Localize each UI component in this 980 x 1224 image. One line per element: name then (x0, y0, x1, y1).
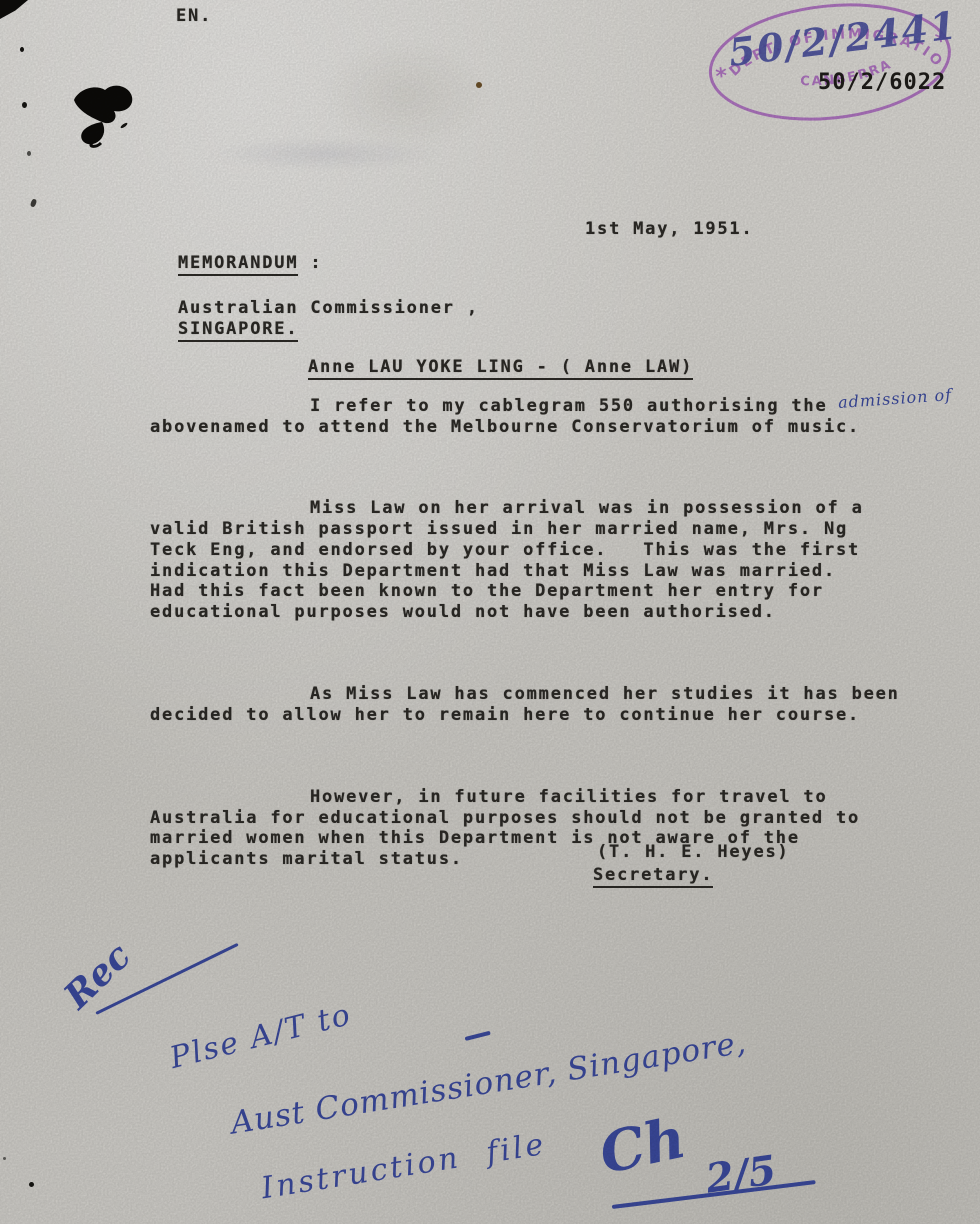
memo-heading-word: MEMORANDUM (178, 253, 298, 276)
date-line: 1st May, 1951. (585, 219, 754, 240)
handwritten-initials: Ch (595, 1110, 690, 1183)
ink-speck (20, 47, 24, 52)
handwritten-dash-stroke (465, 1031, 491, 1041)
memo-heading-colon: : (298, 253, 322, 273)
handwritten-route-line1: Plse A/T to (167, 1000, 355, 1074)
ink-speck (27, 151, 31, 156)
recipient-line: Australian Commissioner , (178, 298, 479, 319)
subject-line: Anne LAU YOKE LING - ( Anne LAW) (308, 357, 693, 378)
brown-speck (476, 82, 482, 88)
ink-speck (29, 1182, 34, 1187)
handwritten-route-line3: Instruction file (259, 1130, 548, 1205)
pencil-smudge (205, 138, 445, 170)
stamp-left-star-icon: * (714, 64, 730, 90)
typist-reference: EN. (176, 6, 212, 27)
paragraph-2: Miss Law on her arrival was in possessio… (150, 498, 940, 622)
paper-smudge (320, 40, 490, 150)
para1-typed-line2: abovenamed to attend the Melbourne Conse… (150, 417, 860, 438)
recipient-place-text: SINGAPORE. (178, 319, 298, 342)
letter-body: Miss Law on her arrival was in possessio… (150, 457, 940, 931)
handwritten-received-note: Rec (58, 937, 137, 1015)
memo-heading: MEMORANDUM : (178, 253, 322, 274)
ink-speck (30, 198, 37, 207)
ink-blot (72, 80, 136, 148)
para1-typed-line1: I refer to my cablegram 550 authorising … (310, 396, 828, 417)
paragraph-3: As Miss Law has commenced her studies it… (150, 684, 940, 725)
ink-speck (3, 1157, 6, 1160)
recipient-place: SINGAPORE. (178, 319, 298, 340)
paragraph-4: However, in future facilities for travel… (150, 787, 940, 870)
memo-document-page: EN. DEPT. OF IMMIGRATION CANBERRA * * 50… (0, 0, 980, 1224)
handwritten-insert: admission of (838, 387, 953, 411)
signatory-title: Secretary. (593, 865, 713, 886)
typed-file-number: 50/2/6022 (818, 70, 946, 95)
signatory-title-text: Secretary. (593, 865, 713, 888)
subject-text: Anne LAU YOKE LING - ( Anne LAW) (308, 357, 693, 380)
scan-corner-mark (0, 0, 28, 19)
ink-speck (22, 102, 27, 108)
signatory-name: (T. H. E. Heyes) (597, 842, 790, 863)
